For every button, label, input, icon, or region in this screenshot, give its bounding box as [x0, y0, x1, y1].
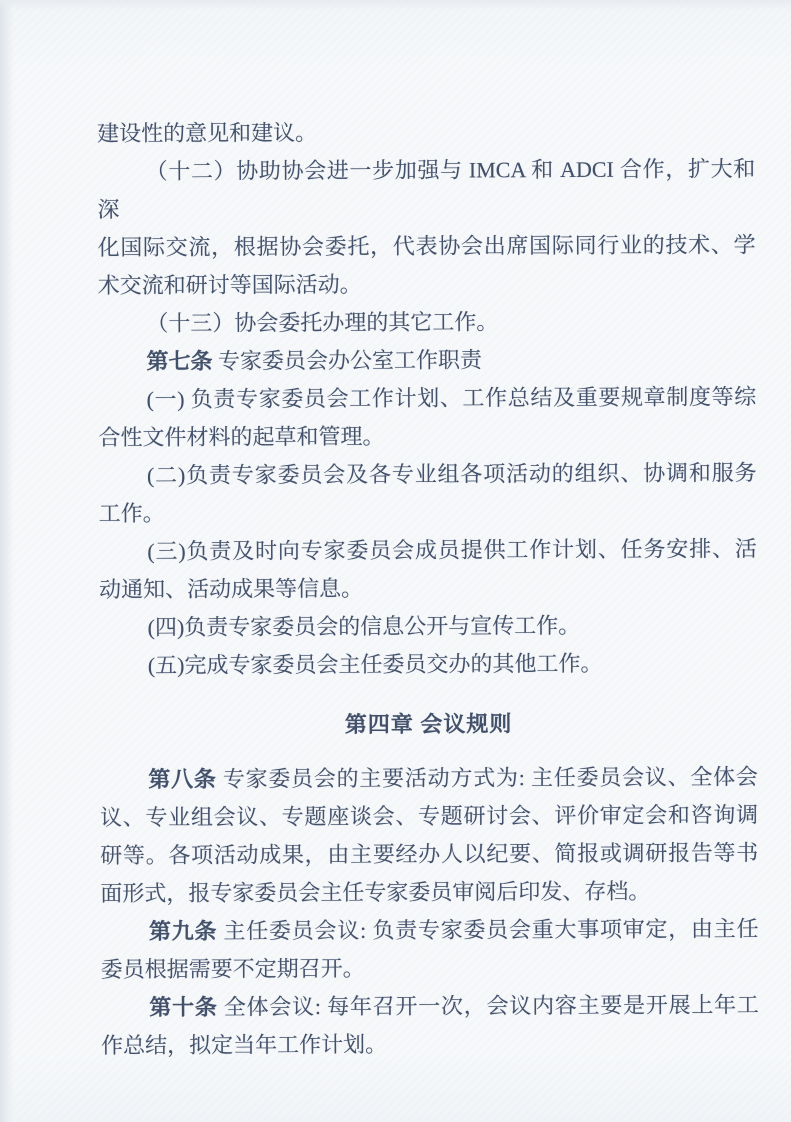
text-line: 第十条 全体会议: 每年召开一次，会议内容主要是开展上年工	[101, 986, 759, 1027]
article-number-bold: 第十条	[149, 994, 217, 1019]
text-line: 术交流和研讨等国际活动。	[98, 264, 756, 305]
text-line: (二)负责专家委员会及各专业组各项活动的组织、协调和服务	[98, 454, 756, 495]
article-number-bold: 第七条	[146, 348, 212, 373]
text-line: 化国际交流，根据协会委托，代表协会出席国际同行业的技术、学	[97, 226, 755, 267]
text-line: 议、专业组会议、专题座谈会、专题研讨会、评价审定会和咨询调	[100, 796, 758, 837]
chapter-heading: 第四章 会议规则	[100, 704, 758, 745]
text-line: 建设性的意见和建议。	[97, 112, 755, 153]
text-line: (四)负责专家委员会的信息公开与宣传工作。	[99, 606, 757, 647]
text-line: （十二）协助协会进一步加强与 IMCA 和 ADCI 合作，扩大和深	[97, 150, 755, 229]
text-line: 第八条 专家委员会的主要活动方式为: 主任委员会议、全体会	[100, 758, 758, 799]
text-line: 研等。各项活动成果，由主要经办人以纪要、简报或调研报告等书	[100, 834, 758, 875]
text-line: (三)负责及时向专家委员会成员提供工作计划、任务安排、活	[99, 530, 757, 571]
text-line-rest: 主任委员会议: 负责专家委员会重大事项审定，由主任	[217, 916, 758, 943]
text-line: （十三）协会委托办理的其它工作。	[98, 302, 756, 343]
text-line: 动通知、活动成果等信息。	[99, 568, 757, 609]
article-number-bold: 第九条	[149, 918, 217, 943]
article-number-bold: 第八条	[148, 766, 216, 791]
text-line: 第七条 专家委员会办公室工作职责	[98, 340, 756, 381]
scanned-document-page: 建设性的意见和建议。（十二）协助协会进一步加强与 IMCA 和 ADCI 合作，…	[0, 0, 791, 1122]
text-line: 委员根据需要不定期召开。	[101, 948, 759, 989]
text-line: (五)完成专家委员会主任委员交办的其他工作。	[99, 644, 757, 685]
scan-top-edge-shadow	[0, 0, 791, 10]
text-line-rest: 全体会议: 每年召开一次，会议内容主要是开展上年工	[218, 992, 759, 1019]
text-line: 合性文件材料的起草和管理。	[98, 416, 756, 457]
document-text-block: 建设性的意见和建议。（十二）协助协会进一步加强与 IMCA 和 ADCI 合作，…	[97, 112, 759, 1065]
text-line: (一) 负责专家委员会工作计划、工作总结及重要规章制度等综	[98, 378, 756, 419]
text-line: 工作。	[99, 492, 757, 533]
text-line: 面形式，报专家委员会主任专家委员审阅后印发、存档。	[100, 872, 758, 913]
text-line: 作总结，拟定当年工作计划。	[101, 1024, 759, 1065]
text-line: 第九条 主任委员会议: 负责专家委员会重大事项审定，由主任	[100, 910, 758, 951]
text-line-rest: 专家委员会办公室工作职责	[212, 347, 482, 373]
scan-left-edge-shadow	[0, 0, 14, 1122]
text-line-rest: 专家委员会的主要活动方式为: 主任委员会议、全体会	[217, 764, 758, 791]
